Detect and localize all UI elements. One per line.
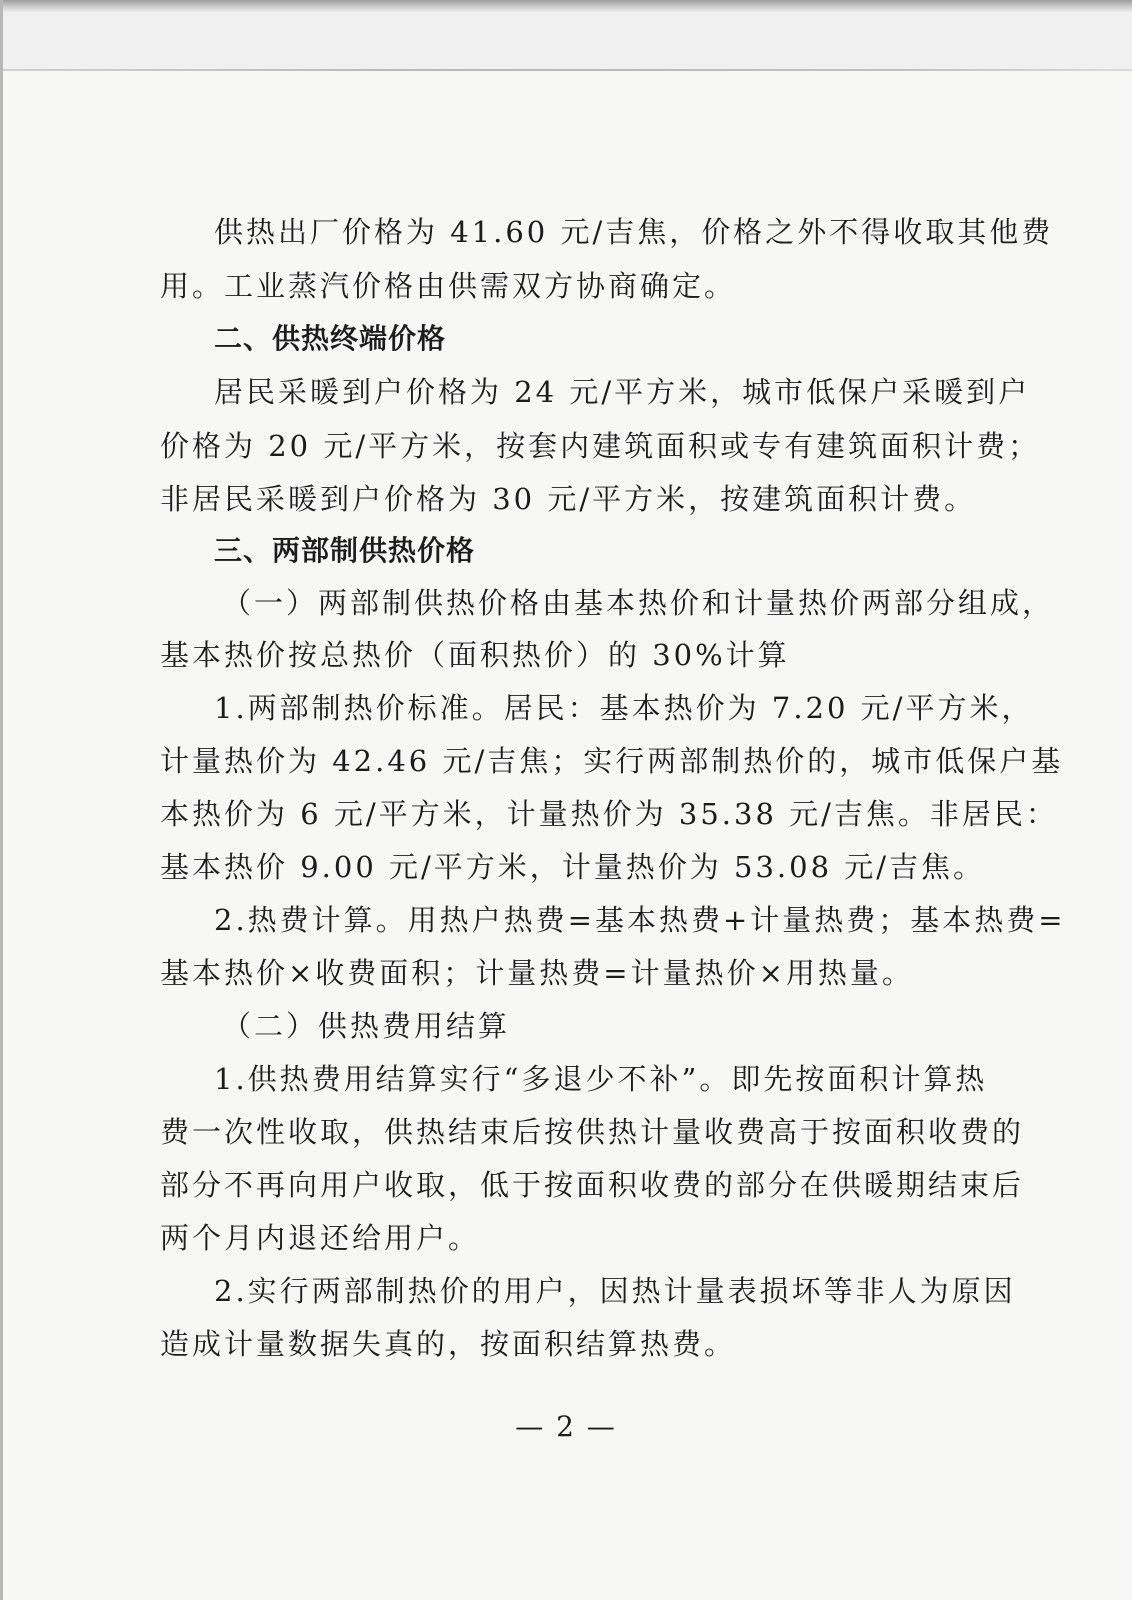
subsection-heading-settlement: （二）供热费用结算 [222,1008,1042,1044]
text-line: 价格为 20 元/平方米，按套内建筑面积或专有建筑面积计费； [160,428,980,464]
page-number: — 2 — [0,1410,1132,1443]
section-heading-terminal-price: 二、供热终端价格 [214,321,1034,357]
text-line: 居民采暖到户价格为 24 元/平方米，城市低保户采暖到户 [214,374,1034,410]
text-line: 造成计量数据失真的，按面积结算热费。 [160,1326,980,1362]
text-line: 基本热价 9.00 元/平方米，计量热价为 53.08 元/吉焦。 [160,849,980,885]
text-line: 费一次性收取，供热结束后按供热计量收费高于按面积收费的 [160,1114,980,1150]
text-line: 2.热费计算。用热户热费=基本热费+计量热费；基本热费= [214,902,1034,938]
section-heading-two-part-price: 三、两部制供热价格 [214,533,1034,569]
text-line: 基本热价×收费面积；计量热费=计量热价×用热量。 [160,955,980,991]
text-line: 1.两部制热价标准。居民：基本热价为 7.20 元/平方米， [214,690,1034,726]
text-line: 基本热价按总热价（面积热价）的 30%计算 [160,637,980,673]
text-line: 2.实行两部制热价的用户，因热计量表损坏等非人为原因 [214,1273,1034,1309]
text-line: 供热出厂价格为 41.60 元/吉焦，价格之外不得收取其他费 [214,214,1034,250]
text-line: 部分不再向用户收取，低于按面积收费的部分在供暖期结束后 [160,1167,980,1203]
text-line: 1.供热费用结算实行“多退少不补”。即先按面积计算热 [214,1061,1034,1097]
text-line: 计量热价为 42.46 元/吉焦；实行两部制热价的，城市低保户基 [160,743,980,779]
text-line: 用。工业蒸汽价格由供需双方协商确定。 [160,268,980,304]
text-line: （一）两部制供热价格由基本热价和计量热价两部分组成， [222,585,1042,621]
text-line: 非居民采暖到户价格为 30 元/平方米，按建筑面积计费。 [160,481,980,517]
text-line: 本热价为 6 元/平方米，计量热价为 35.38 元/吉焦。非居民： [160,796,980,832]
text-line: 两个月内退还给用户。 [160,1220,980,1256]
document-page: 供热出厂价格为 41.60 元/吉焦，价格之外不得收取其他费 用。工业蒸汽价格由… [0,0,1132,1600]
